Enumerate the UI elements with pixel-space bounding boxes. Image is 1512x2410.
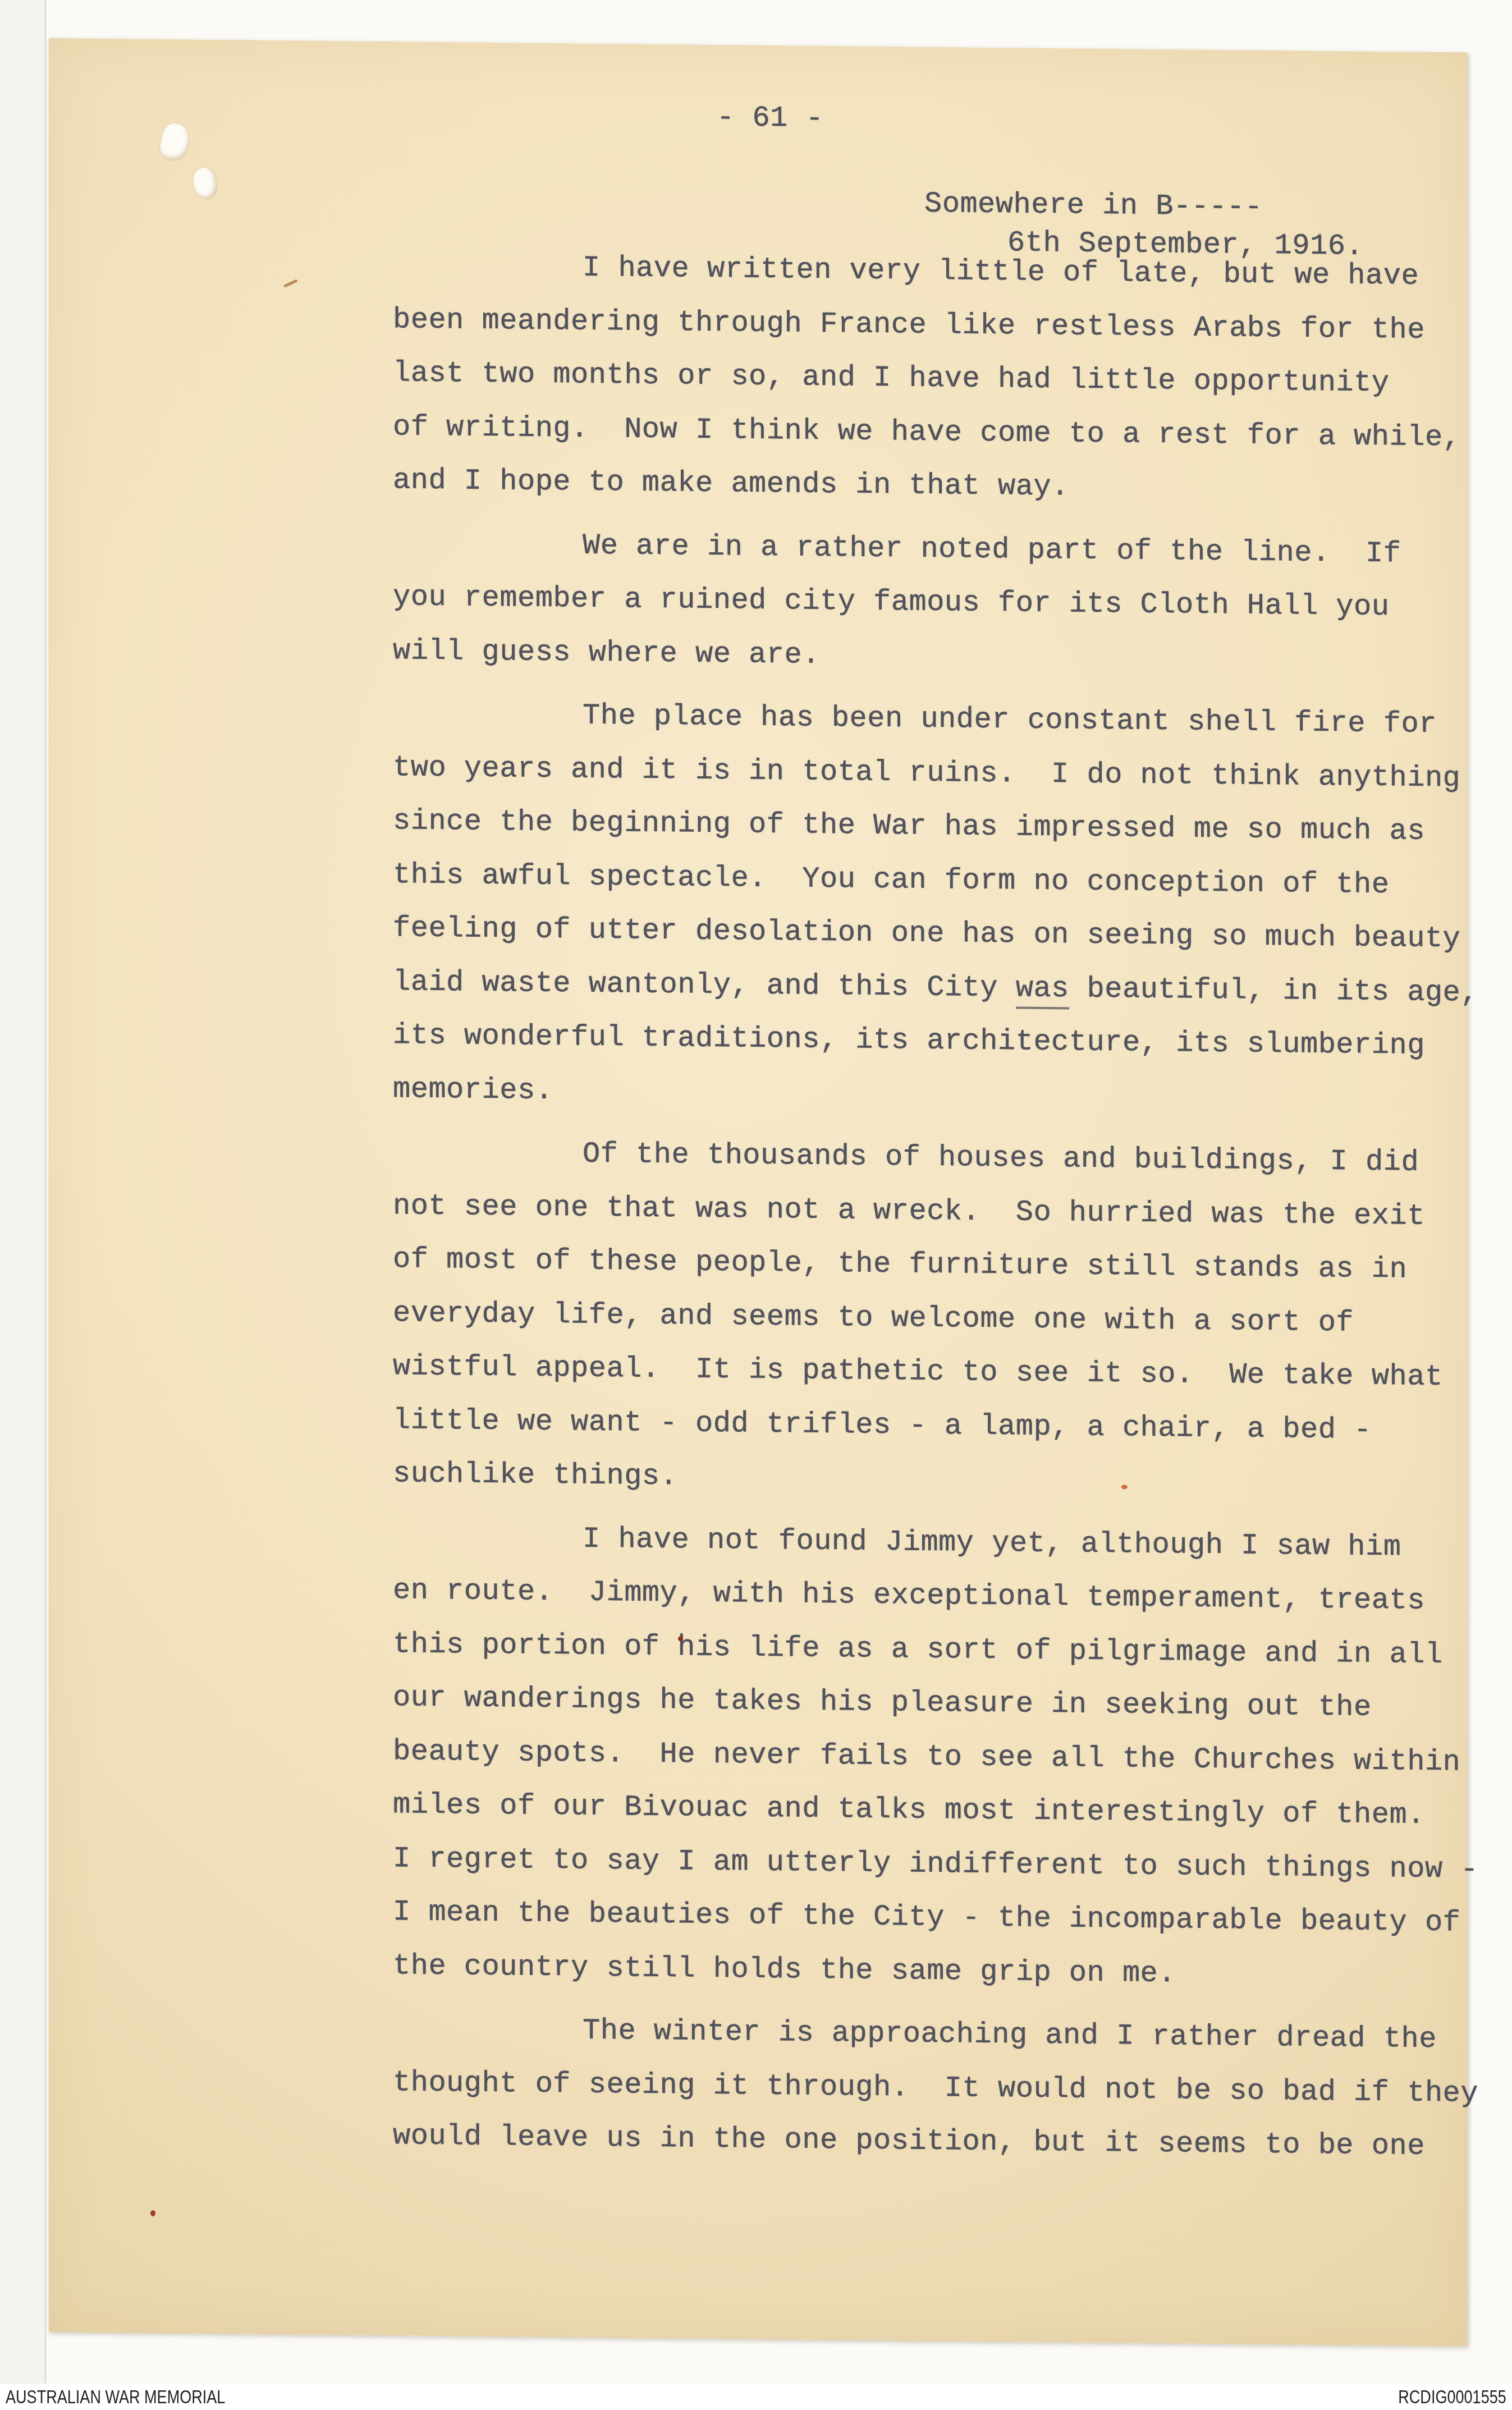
letter-line: memories. — [393, 1062, 1478, 1127]
paper-tear-hole — [189, 165, 221, 202]
page-number: - 61 - — [717, 101, 823, 135]
line-text: since the beginning of the War has impre… — [393, 804, 1425, 848]
line-text: of writing. Now I think we have come to … — [393, 410, 1460, 454]
line-text: We are in a rather noted part of the lin… — [583, 529, 1401, 570]
line-text: our wanderings he takes his pleasure in … — [393, 1681, 1372, 1724]
letter-line: wistful appeal. It is pathetic to see it… — [393, 1340, 1478, 1404]
line-text: would leave us in the one position, but … — [393, 2119, 1425, 2163]
line-text: miles of our Bivouac and talks most inte… — [393, 1788, 1425, 1832]
letter-line: the country still holds the same grip on… — [393, 1939, 1478, 2004]
line-text: memories. — [393, 1073, 553, 1107]
line-text: The place has been under constant shell … — [583, 699, 1437, 741]
line-text: thought of seeing it through. It would n… — [393, 2066, 1478, 2110]
archive-name: AUSTRALIAN WAR MEMORIAL — [6, 2386, 225, 2408]
line-text: I mean the beauties of the City - the in… — [393, 1895, 1460, 1939]
letter-line: feeling of utter desolation one has on s… — [393, 901, 1478, 966]
line-text: been meandering through France like rest… — [393, 303, 1425, 347]
line-text: this awful spectacle. You can form no co… — [393, 858, 1389, 901]
paper-tear-hole — [158, 121, 193, 163]
letter-line: you remember a ruined city famous for it… — [393, 570, 1478, 635]
underlined-word: was — [1016, 972, 1069, 1009]
letter-line: will guess where we are. — [393, 624, 1478, 689]
letter-body: I have written very little of late, but … — [393, 239, 1478, 2174]
paper-speck — [283, 279, 298, 287]
paper-speck — [150, 2210, 155, 2216]
letter-line: our wanderings he takes his pleasure in … — [393, 1671, 1478, 1735]
scan-background: - 61 - Somewhere in B----- 6th September… — [0, 0, 1512, 2410]
letter-line: would leave us in the one position, but … — [393, 2109, 1478, 2174]
letter-line: of most of these people, the furniture s… — [393, 1233, 1478, 1297]
line-text: this portion of his life as a sort of pi… — [393, 1628, 1443, 1671]
line-text: Of the thousands of houses and buildings… — [583, 1138, 1419, 1179]
paper-speck — [678, 1636, 683, 1641]
line-text: of most of these people, the furniture s… — [393, 1243, 1407, 1286]
line-text: everyday life, and seems to welcome one … — [393, 1296, 1354, 1339]
line-text: little we want - odd trifles - a lamp, a… — [393, 1404, 1372, 1447]
paper-speck — [1121, 1485, 1128, 1489]
letter-line: since the beginning of the War has impre… — [393, 794, 1478, 859]
scanner-bed-left-strip — [0, 0, 45, 2410]
line-text: I regret to say I am utterly indifferent… — [393, 1842, 1478, 1886]
line-text: I have not found Jimmy yet, although I s… — [583, 1522, 1401, 1564]
letter-line: and I hope to make amends in that way. — [393, 453, 1478, 518]
line-text: the country still holds the same grip on… — [393, 1949, 1176, 1990]
letter-line: suchlike things. — [393, 1447, 1478, 1511]
line-text: feeling of utter desolation one has on s… — [393, 911, 1460, 955]
line-text: its wonderful traditions, its architectu… — [393, 1019, 1425, 1062]
line-text: beauty spots. He never fails to see all … — [393, 1735, 1460, 1779]
line-text: en route. Jimmy, with his exceptional te… — [393, 1574, 1425, 1618]
letter-page: - 61 - Somewhere in B----- 6th September… — [49, 38, 1468, 2347]
letter-line: its wonderful traditions, its architectu… — [393, 1009, 1478, 1073]
line-text: you remember a ruined city famous for it… — [393, 580, 1389, 624]
dateline-place: Somewhere in B----- — [924, 187, 1262, 224]
line-text: and I hope to make amends in that way. — [393, 464, 1069, 503]
line-text-after: beautiful, in its age, — [1069, 972, 1478, 1009]
line-text: not see one that was not a wreck. So hur… — [393, 1189, 1425, 1233]
line-text: two years and it is in total ruins. I do… — [393, 751, 1460, 795]
letter-line: miles of our Bivouac and talks most inte… — [393, 1778, 1478, 1843]
line-text: will guess where we are. — [393, 634, 820, 672]
backing-sheet-edge — [45, 0, 46, 2384]
letter-line: en route. Jimmy, with his exceptional te… — [393, 1564, 1478, 1628]
line-text: laid waste wantonly, and this City — [393, 965, 1016, 1005]
line-text: The winter is approaching and I rather d… — [583, 2014, 1437, 2056]
footer-bar: AUSTRALIAN WAR MEMORIAL RCDIG0001555 — [0, 2384, 1512, 2410]
line-text: wistful appeal. It is pathetic to see it… — [393, 1350, 1443, 1394]
line-text: I have written very little of late, but … — [583, 251, 1419, 293]
line-text: suchlike things. — [393, 1457, 677, 1493]
reference-id: RCDIG0001555 — [1398, 2386, 1506, 2408]
letter-line: last two months or so, and I have had li… — [393, 346, 1478, 411]
line-text: last two months or so, and I have had li… — [393, 356, 1389, 400]
letter-line: I mean the beauties of the City - the in… — [393, 1885, 1478, 1950]
